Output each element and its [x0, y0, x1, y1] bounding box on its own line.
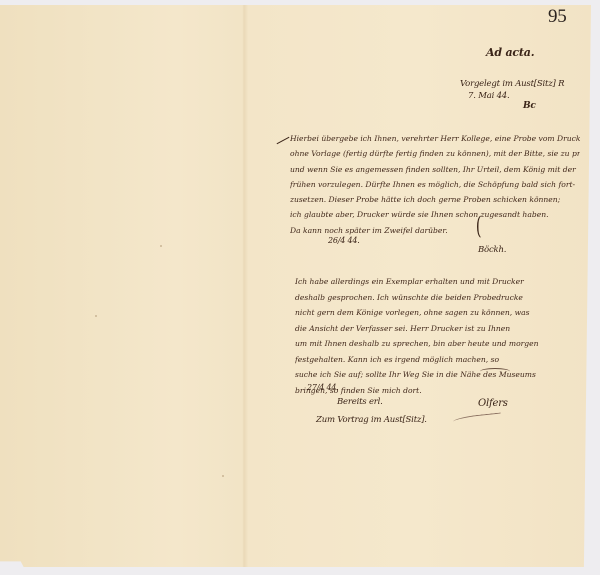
- text-line: deshalb gesprochen. Ich wünschte die bei…: [295, 290, 585, 306]
- text-line: um mit Ihnen deshalb zu sprechen, bin ab…: [295, 336, 585, 352]
- text-line: frühen vorzulegen. Dürfte Ihnen es mögli…: [290, 177, 580, 192]
- text-line: festgehalten. Kann ich es irgend möglich…: [295, 352, 585, 368]
- signature-olfers: Olfers: [478, 398, 508, 409]
- text-line: Hierbei übergebe ich Ihnen, verehrter He…: [290, 131, 580, 146]
- signature-boeckh: Böckh.: [478, 245, 506, 255]
- header-note: Vorgelegt im Aust[Sitz] R 7. Mai 44.: [460, 78, 564, 102]
- folio-number: 95: [548, 6, 567, 28]
- flourish-mark: [480, 368, 510, 375]
- text-line: ich glaubte aber, Drucker würde sie Ihne…: [290, 207, 580, 222]
- text-line: die Ansicht der Verfasser sei. Herr Druc…: [295, 321, 585, 337]
- letter-paragraph-1: Hierbei übergebe ich Ihnen, verehrter He…: [290, 131, 580, 238]
- letter-paragraph-2: Ich habe allerdings ein Exemplar erhalte…: [295, 274, 585, 398]
- date-paragraph-2: 27/4 44.: [307, 383, 339, 392]
- note-bereits-erledigt: Bereits erl.: [337, 397, 383, 407]
- header-note-line: 7. Mai 44.: [460, 90, 564, 102]
- text-line: und wenn Sie es angemessen finden sollte…: [290, 162, 580, 177]
- ad-acta-note: Ad acta.: [486, 46, 534, 59]
- text-line: nicht gern dem Könige vorlegen, ohne sag…: [295, 305, 585, 321]
- header-note-line: Vorgelegt im Aust[Sitz] R: [460, 78, 564, 90]
- date-paragraph-1: 26/4 44.: [328, 236, 360, 245]
- text-line: Ich habe allerdings ein Exemplar erhalte…: [295, 274, 585, 290]
- paper-spot: [160, 245, 162, 247]
- text-line: suche ich Sie auf; sollte Ihr Weg Sie in…: [295, 367, 585, 383]
- brace-mark: (: [476, 212, 482, 240]
- paper-spot: [222, 475, 224, 477]
- text-line: zusetzen. Dieser Probe hätte ich doch ge…: [290, 192, 580, 207]
- header-initials: Bc: [523, 101, 536, 111]
- text-line: ohne Vorlage (fertig dürfte fertig finde…: [290, 146, 580, 161]
- paper-spot: [95, 315, 97, 317]
- note-zum-vortrag: Zum Vortrag im Aust[Sitz].: [316, 415, 427, 425]
